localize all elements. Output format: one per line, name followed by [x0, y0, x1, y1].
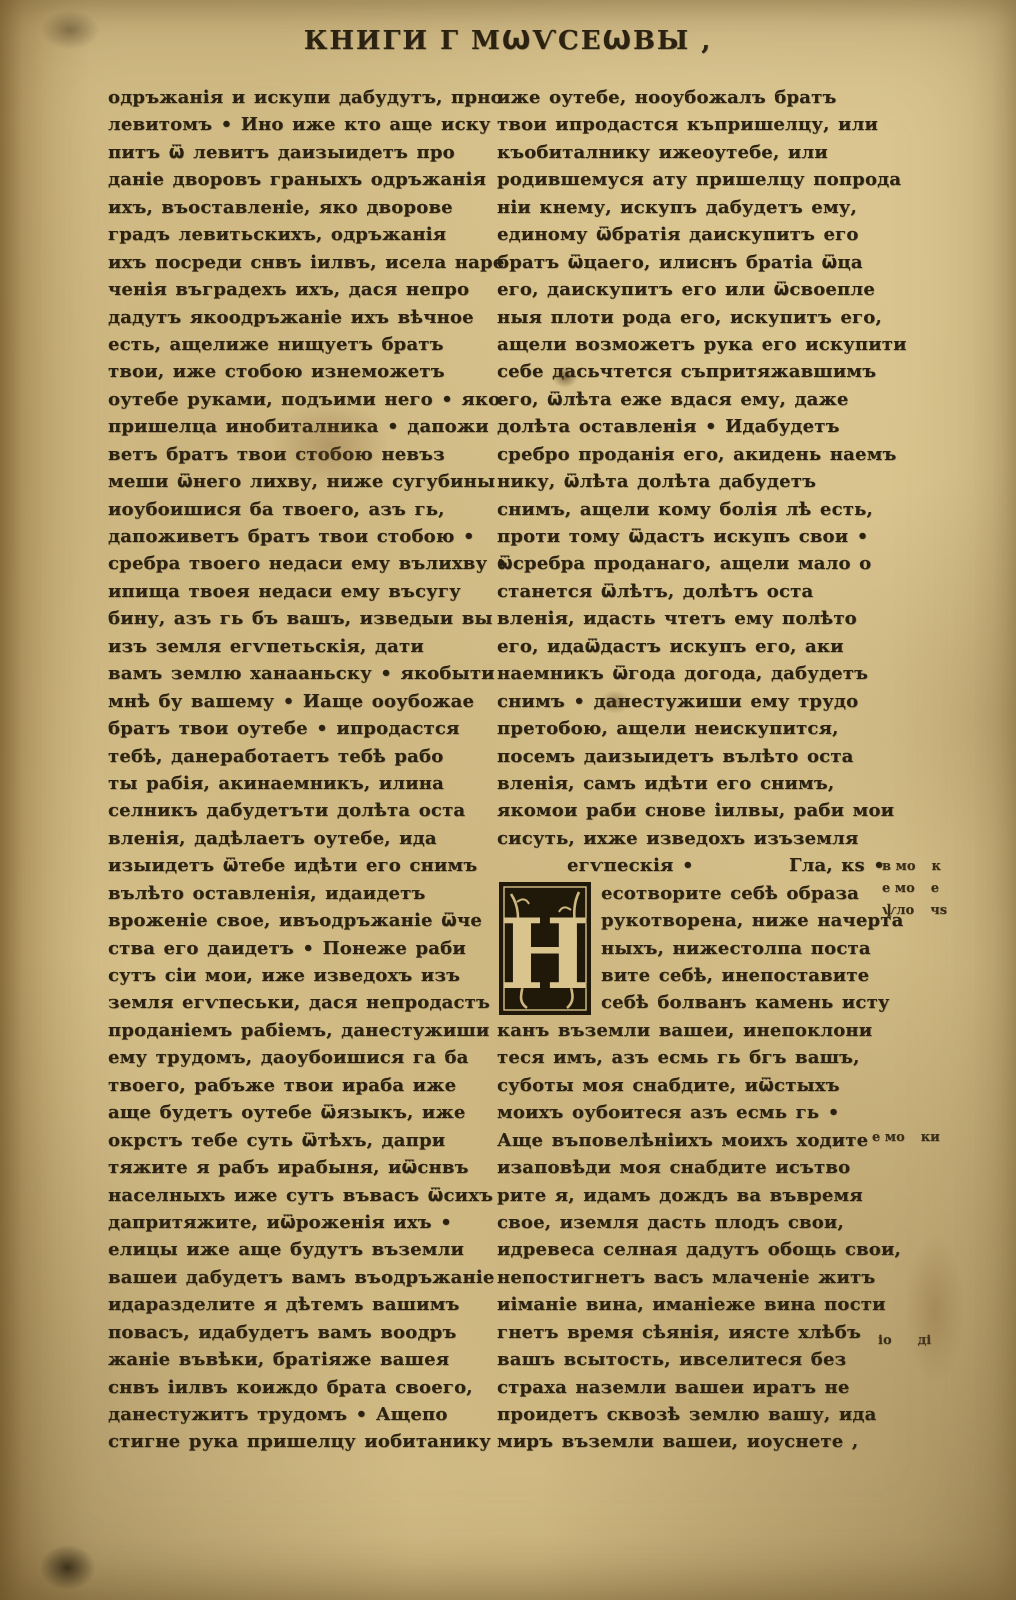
text-line: иіманіе вина, иманіеже вина пости [497, 1291, 891, 1318]
text-line: ства его даидетъ • Понеже раби [108, 935, 486, 962]
text-line: ніи кнему, искупъ дабудетъ ему, [497, 194, 891, 221]
text-line: населныхъ иже сутъ въвасъ ѿсихъ [108, 1182, 486, 1209]
text-line: градъ левитьскихъ, одръжанія [108, 221, 486, 248]
text-line: меши ѿнего лихву, ниже сугубины [108, 468, 486, 495]
text-line: пришелца инобиталника • дапожи [108, 413, 486, 440]
text-line: сисуть, ихже изведохъ изъземля [497, 825, 891, 852]
text-line: рукотворена, ниже начерта [601, 907, 891, 934]
text-line: его, идаѿдастъ искупъ его, аки [497, 633, 891, 660]
text-line: снимъ • данестужиши ему трудо [497, 688, 891, 715]
text-line: мнѣ бу вашему • Иаще ооубожае [108, 688, 486, 715]
text-line: оутебе руками, подъими него • яко [108, 386, 486, 413]
text-line: снвъ іилвъ коиждо брата своего, [108, 1374, 486, 1401]
text-line: ѿсребра проданаго, ащели мало о [497, 550, 891, 577]
text-line: левитомъ • Ино иже кто аще иску [108, 111, 486, 138]
text-line: изыидетъ ѿтебе идѣти его снимъ [108, 852, 486, 879]
text-line: къобиталнику ижеоутебе, или [497, 139, 891, 166]
text-line: вроженіе свое, ивъодръжаніе ѿче [108, 907, 486, 934]
text-line: моихъ оубоитеся азъ есмь гь • [497, 1099, 891, 1126]
text-line: посемъ даизыидетъ вълѣто оста [497, 743, 891, 770]
running-title: КНИГИ Г МѠѴСЕѠВЫ , [304, 26, 713, 56]
text-line: твои ипродастся къпришелцу, или [497, 111, 891, 138]
text-line: нику, ѿлѣта долѣта дабудетъ [497, 468, 891, 495]
text-line: бину, азъ гь бъ вашъ, изведыи вы [108, 605, 486, 632]
chapter-heading: Гла, кѕ • [789, 852, 885, 879]
margin-note: е мо е [882, 878, 947, 900]
text-line: сутъ сіи мои, иже изведохъ изъ [108, 962, 486, 989]
text-line: вленія, дадѣлаетъ оутебе, ида [108, 825, 486, 852]
text-line: непостигнетъ васъ млаченіе житъ [497, 1264, 891, 1291]
text-line: вите себѣ, инепоставите [601, 962, 891, 989]
text-line: проти тому ѿдастъ искупъ свои • [497, 523, 891, 550]
text-line: свое, иземля дасть плодъ свои, [497, 1209, 891, 1236]
text-line: тяжите я рабъ ирабыня, иѿснвъ [108, 1154, 486, 1181]
text-line: проданіемъ рабіемъ, данестужиши [108, 1017, 486, 1044]
text-line: проидетъ сквозѣ землю вашу, ида [497, 1401, 891, 1428]
lines-beside-initial: есотворите себѣ образарукотворена, ниже … [601, 880, 891, 1017]
text-line: наемникъ ѿгода догода, дабудетъ [497, 660, 891, 687]
right-column-top-lines: иже оутебе, нооубожалъ братътвои ипродас… [497, 84, 891, 852]
text-line: родившемуся ату пришелцу попрода [497, 166, 891, 193]
text-line: данестужитъ трудомъ • Ащепо [108, 1401, 486, 1428]
text-line: ащели возможетъ рука его искупити [497, 331, 891, 358]
text-line: канъ въземли вашеи, инепоклони [497, 1017, 891, 1044]
text-line: вълѣто оставленія, идаидетъ [108, 880, 486, 907]
text-line: миръ въземли вашеи, иоуснете , [497, 1428, 891, 1455]
text-line: страха наземли вашеи иратъ не [497, 1374, 891, 1401]
text-line: снимъ, ащели кому болія лѣ есть, [497, 496, 891, 523]
margin-note-part: ді [918, 1330, 932, 1352]
text-line: вашъ всытость, ивселитеся без [497, 1346, 891, 1373]
text-line: повасъ, идабудетъ вамъ воодръ [108, 1319, 486, 1346]
text-line: ихъ, въоставленіе, яко дворове [108, 194, 486, 221]
margin-note-group: в мо к е мо е ѱло чѕ [882, 856, 947, 922]
text-line: ветъ братъ твои стобою невъз [108, 441, 486, 468]
margin-note-part: к [932, 856, 941, 878]
text-line: его, ѿлѣта еже вдася ему, даже [497, 386, 891, 413]
text-line: единому ѿбратія даискупитъ его [497, 221, 891, 248]
text-line: земля егѵпеськи, дася непродастъ [108, 989, 486, 1016]
text-line: селникъ дабудетъти долѣта оста [108, 797, 486, 824]
margin-note: е мо ки [872, 1127, 940, 1149]
chapter-line: егѵпескія • Гла, кѕ • [497, 852, 891, 879]
text-line: ипища твоея недаси ему въсугу [108, 578, 486, 605]
text-line: вашеи дабудетъ вамъ въодръжаніе [108, 1264, 486, 1291]
text-line: станется ѿлѣтъ, долѣтъ оста [497, 578, 891, 605]
text-column-right: иже оутебе, нооубожалъ братътвои ипродас… [497, 84, 891, 1456]
text-line: вамъ землю ханааньску • якобыти [108, 660, 486, 687]
text-line: окрстъ тебе суть ѿтѣхъ, дапри [108, 1127, 486, 1154]
text-line: Аще въповелѣніихъ моихъ ходите [497, 1127, 891, 1154]
text-line: себе дасьчтется съпритяжавшимъ [497, 358, 891, 385]
margin-note: ѱло чѕ [882, 900, 947, 922]
margin-note-part: е мо [882, 878, 915, 900]
text-line: одръжанія и искупи дабудутъ, прно [108, 84, 486, 111]
text-line: себѣ болванъ камень исту [601, 989, 891, 1016]
text-line: ныя плоти рода его, искупитъ его, [497, 304, 891, 331]
chapter-ref-text: егѵпескія • [567, 852, 694, 879]
text-line: сребра твоего недаси ему вълихву • [108, 550, 486, 577]
text-line: аще будетъ оутебе ѿязыкъ, иже [108, 1099, 486, 1126]
margin-note-part: е [931, 878, 939, 900]
text-column-left: одръжанія и искупи дабудутъ, прнолевитом… [108, 84, 486, 1456]
text-line: якомои раби снове іилвы, раби мои [497, 797, 891, 824]
text-line: елицы иже аще будутъ въземли [108, 1236, 486, 1263]
text-line: ченія въградехъ ихъ, дася непро [108, 276, 486, 303]
text-line: ему трудомъ, даоубоишися га ба [108, 1044, 486, 1071]
margin-note-part: ки [921, 1127, 940, 1149]
text-line: ихъ посреди снвъ іилвъ, исела наре [108, 249, 486, 276]
paper-stain [40, 1545, 95, 1590]
text-line: гнетъ время сѣянія, иясте хлѣбъ [497, 1319, 891, 1346]
text-line: дапоживетъ братъ твои стобою • [108, 523, 486, 550]
drop-cap-initial: Н [497, 880, 593, 1017]
text-line: тебѣ, данеработаетъ тебѣ рабо [108, 743, 486, 770]
text-line: твоего, рабъже твои ираба иже [108, 1072, 486, 1099]
text-line: братъ ѿцаего, илиснъ братіа ѿца [497, 249, 891, 276]
text-line: братъ твои оутебе • ипродастся [108, 715, 486, 742]
text-line: иже оутебе, нооубожалъ братъ [497, 84, 891, 111]
margin-note: в мо к [882, 856, 947, 878]
text-line: долѣта оставленія • Идабудетъ [497, 413, 891, 440]
text-line: ныхъ, нижестолпа поста [601, 935, 891, 962]
text-line: вленія, самъ идѣти его снимъ, [497, 770, 891, 797]
margin-note-part: в мо [882, 856, 916, 878]
text-line: есотворите себѣ образа [601, 880, 891, 907]
text-line: идаразделите я дѣтемъ вашимъ [108, 1291, 486, 1318]
text-line: рите я, идамъ дождъ ва въвремя [497, 1182, 891, 1209]
text-line: изаповѣди моя снабдите исътво [497, 1154, 891, 1181]
text-line: вленія, идасть чтетъ ему полѣто [497, 605, 891, 632]
text-line: питъ ѿ левитъ даизыидетъ про [108, 139, 486, 166]
text-line: стигне рука пришелцу иобитанику [108, 1428, 486, 1455]
text-line: сребро проданія его, акидень наемъ [497, 441, 891, 468]
text-line: суботы моя снабдите, иѿстыхъ [497, 1072, 891, 1099]
text-line: дапритяжите, иѿроженія ихъ • [108, 1209, 486, 1236]
margin-note: іо ді [878, 1330, 931, 1352]
margin-note-part: чѕ [930, 900, 947, 922]
right-column-bottom-lines: канъ въземли вашеи, инепоклонитеся имъ, … [497, 1017, 891, 1456]
margin-note-part: ѱло [882, 900, 914, 922]
text-line: твои, иже стобою изнеможетъ [108, 358, 486, 385]
text-line: его, даискупитъ его или ѿсвоепле [497, 276, 891, 303]
drop-cap-letter: Н [500, 898, 591, 1011]
text-line: есть, ащелиже нищуетъ братъ [108, 331, 486, 358]
paper-stain [905, 1235, 965, 1385]
text-line: изъ земля егѵпетьскія, дати [108, 633, 486, 660]
page-header: КНИГИ Г МѠѴСЕѠВЫ , [0, 26, 1016, 56]
text-line: претобою, ащели неискупится, [497, 715, 891, 742]
margin-note-part: е мо [872, 1127, 905, 1149]
text-line: теся имъ, азъ есмь гь бгъ вашъ, [497, 1044, 891, 1071]
text-line: даніе дворовъ граныхъ одръжанія [108, 166, 486, 193]
text-line: жаніе въвѣки, братіяже вашея [108, 1346, 486, 1373]
margin-note-part: іо [878, 1330, 892, 1352]
text-line: идревеса селная дадутъ обощь свои, [497, 1236, 891, 1263]
text-line: иоубоишися ба твоего, азъ гь, [108, 496, 486, 523]
book-page: КНИГИ Г МѠѴСЕѠВЫ , одръжанія и искупи да… [0, 0, 1016, 1600]
text-line: дадутъ якоодръжаніе ихъ вѣчное [108, 304, 486, 331]
text-line: ты рабія, акинаемникъ, илина [108, 770, 486, 797]
